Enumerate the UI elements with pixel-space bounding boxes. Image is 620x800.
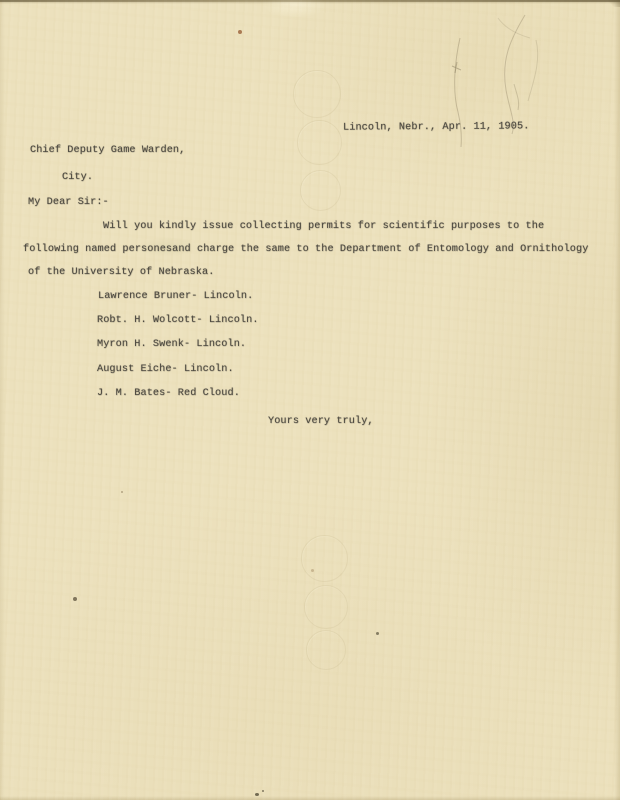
ink-speck — [376, 632, 379, 635]
closing-line: Yours very truly, — [268, 415, 374, 428]
watermark-ring — [293, 70, 341, 118]
permit-name-line: J. M. Bates- Red Cloud. — [97, 387, 240, 400]
body-line: of the University of Nebraska. — [28, 266, 214, 279]
body-line: following named personesand charge the s… — [23, 243, 588, 256]
ink-speck — [238, 30, 242, 34]
ink-speck — [255, 793, 259, 796]
body-line: Will you kindly issue collecting permits… — [103, 220, 544, 233]
recipient-line: Chief Deputy Game Warden, — [30, 144, 185, 157]
ink-speck — [262, 790, 264, 792]
watermark-ring — [297, 120, 342, 165]
watermark-ring — [306, 630, 346, 670]
watermark-ring — [300, 170, 341, 211]
permit-name-line: August Eiche- Lincoln. — [97, 363, 234, 376]
permit-name-line: Myron H. Swenk- Lincoln. — [97, 338, 246, 351]
dateline: Lincoln, Nebr., Apr. 11, 1905. — [343, 120, 529, 134]
salutation-line: My Dear Sir:- — [28, 196, 109, 209]
scan-corner-shadow — [606, 0, 620, 7]
recipient-city-line: City. — [62, 171, 93, 184]
watermark-ring — [304, 585, 348, 629]
permit-name-line: Robt. H. Wolcott- Lincoln. — [97, 314, 259, 327]
ink-speck — [121, 491, 123, 493]
scanned-letter-page: Lincoln, Nebr., Apr. 11, 1905. Chief Dep… — [0, 0, 620, 800]
watermark-ring — [301, 535, 348, 582]
permit-name-line: Lawrence Bruner- Lincoln. — [98, 290, 253, 303]
ink-speck — [311, 569, 314, 572]
scan-top-edge — [0, 0, 620, 2]
ink-speck — [73, 597, 77, 601]
